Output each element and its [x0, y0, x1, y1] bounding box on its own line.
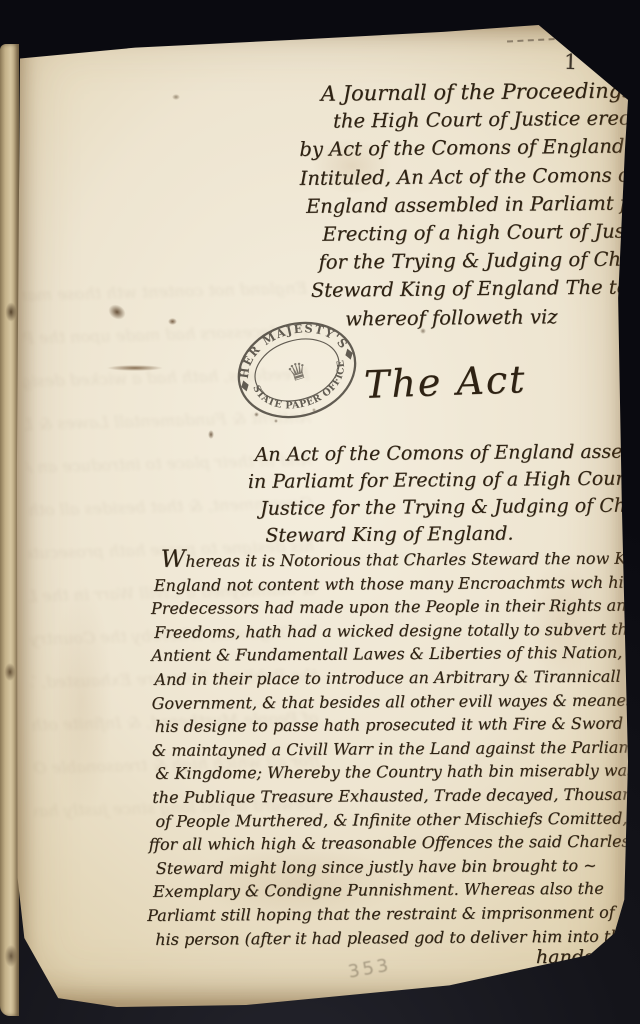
title-line: Steward King of England The tenor: [311, 273, 640, 305]
book-fore-edges: [0, 44, 19, 1016]
body-line: Exemplary & Condigne Punnishment. Wherea…: [153, 876, 640, 903]
pencil-folio-number: 353: [347, 954, 393, 982]
catchword: hands: [536, 946, 594, 968]
act-heading: The Act: [363, 357, 527, 407]
act-intro-line: Justice for the Trying & Judging of Char…: [260, 492, 640, 523]
bleedthrough-line: England not content wth those many Encro…: [21, 266, 308, 316]
body-line: Parliamt still hoping that the restraint…: [147, 900, 640, 927]
title-line: England assembled in Parliamt for: [306, 189, 640, 221]
body-line: England not content wth those many Encro…: [154, 570, 640, 597]
body-line: Antient & Fundamentall Lawes & Liberties…: [151, 640, 640, 667]
title-line: the High Court of Justice erected: [333, 104, 640, 136]
act-body-text: Whereas it is Notorious that Charles Ste…: [151, 544, 640, 951]
title-line: Intituled, An Act of the Comons of: [300, 161, 640, 193]
photo-background: England not content wth those many Encro…: [0, 0, 640, 1024]
title-line: for the Trying & Judging of Charles: [318, 245, 640, 277]
ink-stain: [172, 94, 180, 100]
body-line: & Kingdome; Whereby the Country hath bin…: [155, 758, 640, 785]
body-line: & maintayned a Civill Warr in the Land a…: [152, 735, 640, 762]
title-line: Erecting of a high Court of Justice: [322, 217, 640, 249]
folio-number: 1: [564, 50, 578, 74]
title-line: whereof followeth viz: [345, 302, 640, 334]
act-intro: An Act of the Comons of England assemble…: [248, 438, 640, 550]
body-line: And in their place to introduce an Arbit…: [154, 664, 640, 691]
act-intro-line: in Parliamt for Erecting of a High Court…: [248, 465, 640, 496]
body-line: of People Murthered, & Infinite other Mi…: [155, 806, 640, 833]
body-line: ffor all which high & treasonable Offenc…: [149, 829, 640, 856]
body-line: Predecessors had made upon the People in…: [151, 593, 640, 620]
body-line: Freedoms, hath had a wicked designe tota…: [154, 617, 640, 644]
act-intro-line: An Act of the Comons of England assemble…: [255, 438, 640, 469]
journal-title: A Journall of the Proceedings of the Hig…: [299, 76, 640, 334]
manuscript-page: England not content wth those many Encro…: [12, 22, 628, 1008]
body-line: Steward might long since justly have bin…: [156, 853, 640, 880]
stamp-crown-icon: ♛: [284, 357, 311, 388]
body-line: Whereas it is Notorious that Charles Ste…: [161, 544, 640, 573]
body-line: his designe to passe hath prosecuted it …: [155, 711, 640, 738]
body-line: Government, & that besides all other evi…: [152, 688, 640, 715]
pencil-dash-marks: [507, 37, 565, 42]
body-line: the Publique Treasure Exhausted, Trade d…: [152, 782, 640, 809]
title-line: by Act of the Comons of England: [299, 132, 640, 164]
title-line: A Journall of the Proceedings of: [321, 76, 640, 108]
